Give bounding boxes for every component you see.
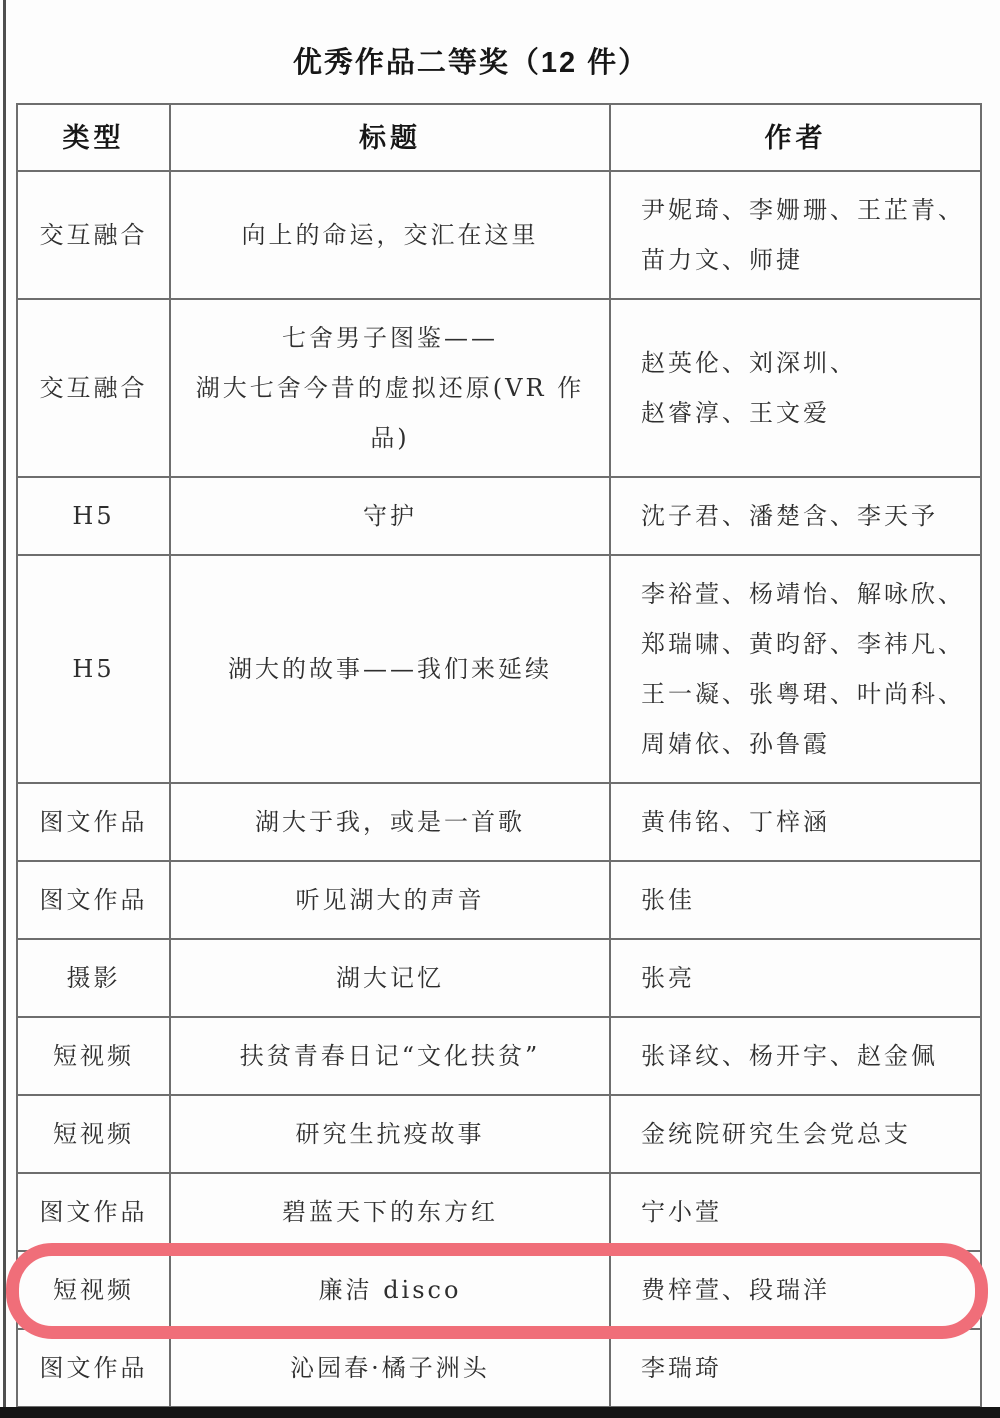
row-authors-cell: 金统院研究生会党总支	[611, 1096, 980, 1172]
row-authors-cell: 沈子君、潘楚含、李天予	[611, 478, 980, 554]
row-title-cell: 湖大于我，或是一首歌	[171, 784, 611, 860]
left-edge-line	[3, 0, 6, 1418]
row-authors-cell: 宁小萱	[611, 1174, 980, 1250]
row-type-cell: 短视频	[18, 1252, 171, 1328]
table-row: 交互融合 向上的命运，交汇在这里 尹妮琦、李姗珊、王芷青、 苗力文、师捷	[18, 172, 980, 300]
row-type-cell: H5	[18, 478, 171, 554]
row-type-cell: 图文作品	[18, 1174, 171, 1250]
table-row: 图文作品 听见湖大的声音 张佳	[18, 862, 980, 940]
row-type-cell: 交互融合	[18, 300, 171, 476]
row-title-cell: 沁园春·橘子洲头	[171, 1330, 611, 1406]
bottom-edge-bar	[0, 1407, 1000, 1418]
row-authors-cell: 李瑞琦	[611, 1330, 980, 1406]
table-row: H5 守护 沈子君、潘楚含、李天予	[18, 478, 980, 556]
row-title-cell: 研究生抗疫故事	[171, 1096, 611, 1172]
row-authors-cell: 张佳	[611, 862, 980, 938]
row-title-cell: 听见湖大的声音	[171, 862, 611, 938]
row-type-cell: 图文作品	[18, 784, 171, 860]
table-row: 交互融合 七舍男子图鉴—— 湖大七舍今昔的虚拟还原(VR 作品) 赵英伦、刘深圳…	[18, 300, 980, 478]
table-row: 短视频 廉洁 disco 费梓萱、段瑞洋	[18, 1252, 980, 1330]
row-title-cell: 碧蓝天下的东方红	[171, 1174, 611, 1250]
row-type-cell: 摄影	[18, 940, 171, 1016]
row-type-cell: 图文作品	[18, 862, 171, 938]
row-type-cell: 图文作品	[18, 1330, 171, 1406]
row-type-cell: 短视频	[18, 1096, 171, 1172]
row-title-cell: 守护	[171, 478, 611, 554]
row-authors-cell: 张亮	[611, 940, 980, 1016]
row-type-cell: 短视频	[18, 1018, 171, 1094]
header-type: 类型	[18, 105, 171, 170]
table-header-row: 类型 标题 作者	[18, 105, 980, 172]
row-authors-cell: 张译纹、杨开宇、赵金佩	[611, 1018, 980, 1094]
table-row: 图文作品 湖大于我，或是一首歌 黄伟铭、丁梓涵	[18, 784, 980, 862]
row-title-cell: 湖大记忆	[171, 940, 611, 1016]
row-title-cell: 向上的命运，交汇在这里	[171, 172, 611, 298]
row-authors-cell: 尹妮琦、李姗珊、王芷青、 苗力文、师捷	[611, 172, 980, 298]
table-row: H5 湖大的故事——我们来延续 李裕萱、杨靖怡、解咏欣、 郑瑞啸、黄昀舒、李祎凡…	[18, 556, 980, 784]
row-type-cell: 交互融合	[18, 172, 171, 298]
table-row: 短视频 扶贫青春日记“文化扶贫” 张译纹、杨开宇、赵金佩	[18, 1018, 980, 1096]
table-row: 图文作品 碧蓝天下的东方红 宁小萱	[18, 1174, 980, 1252]
page-root: 优秀作品二等奖（12 件） 类型 标题 作者 交互融合 向上的命运，交汇在这里 …	[0, 0, 1000, 1418]
row-type-cell: H5	[18, 556, 171, 782]
table-row: 短视频 研究生抗疫故事 金统院研究生会党总支	[18, 1096, 980, 1174]
row-title-cell: 扶贫青春日记“文化扶贫”	[171, 1018, 611, 1094]
row-title-cell: 廉洁 disco	[171, 1252, 611, 1328]
row-authors-cell: 费梓萱、段瑞洋	[611, 1252, 980, 1328]
header-title: 标题	[171, 105, 611, 170]
row-title-cell: 湖大的故事——我们来延续	[171, 556, 611, 782]
row-title-cell: 七舍男子图鉴—— 湖大七舍今昔的虚拟还原(VR 作品)	[171, 300, 611, 476]
page-title: 优秀作品二等奖（12 件）	[0, 40, 954, 81]
row-authors-cell: 黄伟铭、丁梓涵	[611, 784, 980, 860]
header-author: 作者	[611, 105, 980, 170]
awards-table: 类型 标题 作者 交互融合 向上的命运，交汇在这里 尹妮琦、李姗珊、王芷青、 苗…	[16, 103, 982, 1408]
row-authors-cell: 李裕萱、杨靖怡、解咏欣、 郑瑞啸、黄昀舒、李祎凡、 王一凝、张粤珺、叶尚科、 周…	[611, 556, 980, 782]
table-row: 图文作品 沁园春·橘子洲头 李瑞琦	[18, 1330, 980, 1406]
table-row: 摄影 湖大记忆 张亮	[18, 940, 980, 1018]
row-authors-cell: 赵英伦、刘深圳、 赵睿淳、王文爱	[611, 300, 980, 476]
table-body: 交互融合 向上的命运，交汇在这里 尹妮琦、李姗珊、王芷青、 苗力文、师捷 交互融…	[18, 172, 980, 1406]
